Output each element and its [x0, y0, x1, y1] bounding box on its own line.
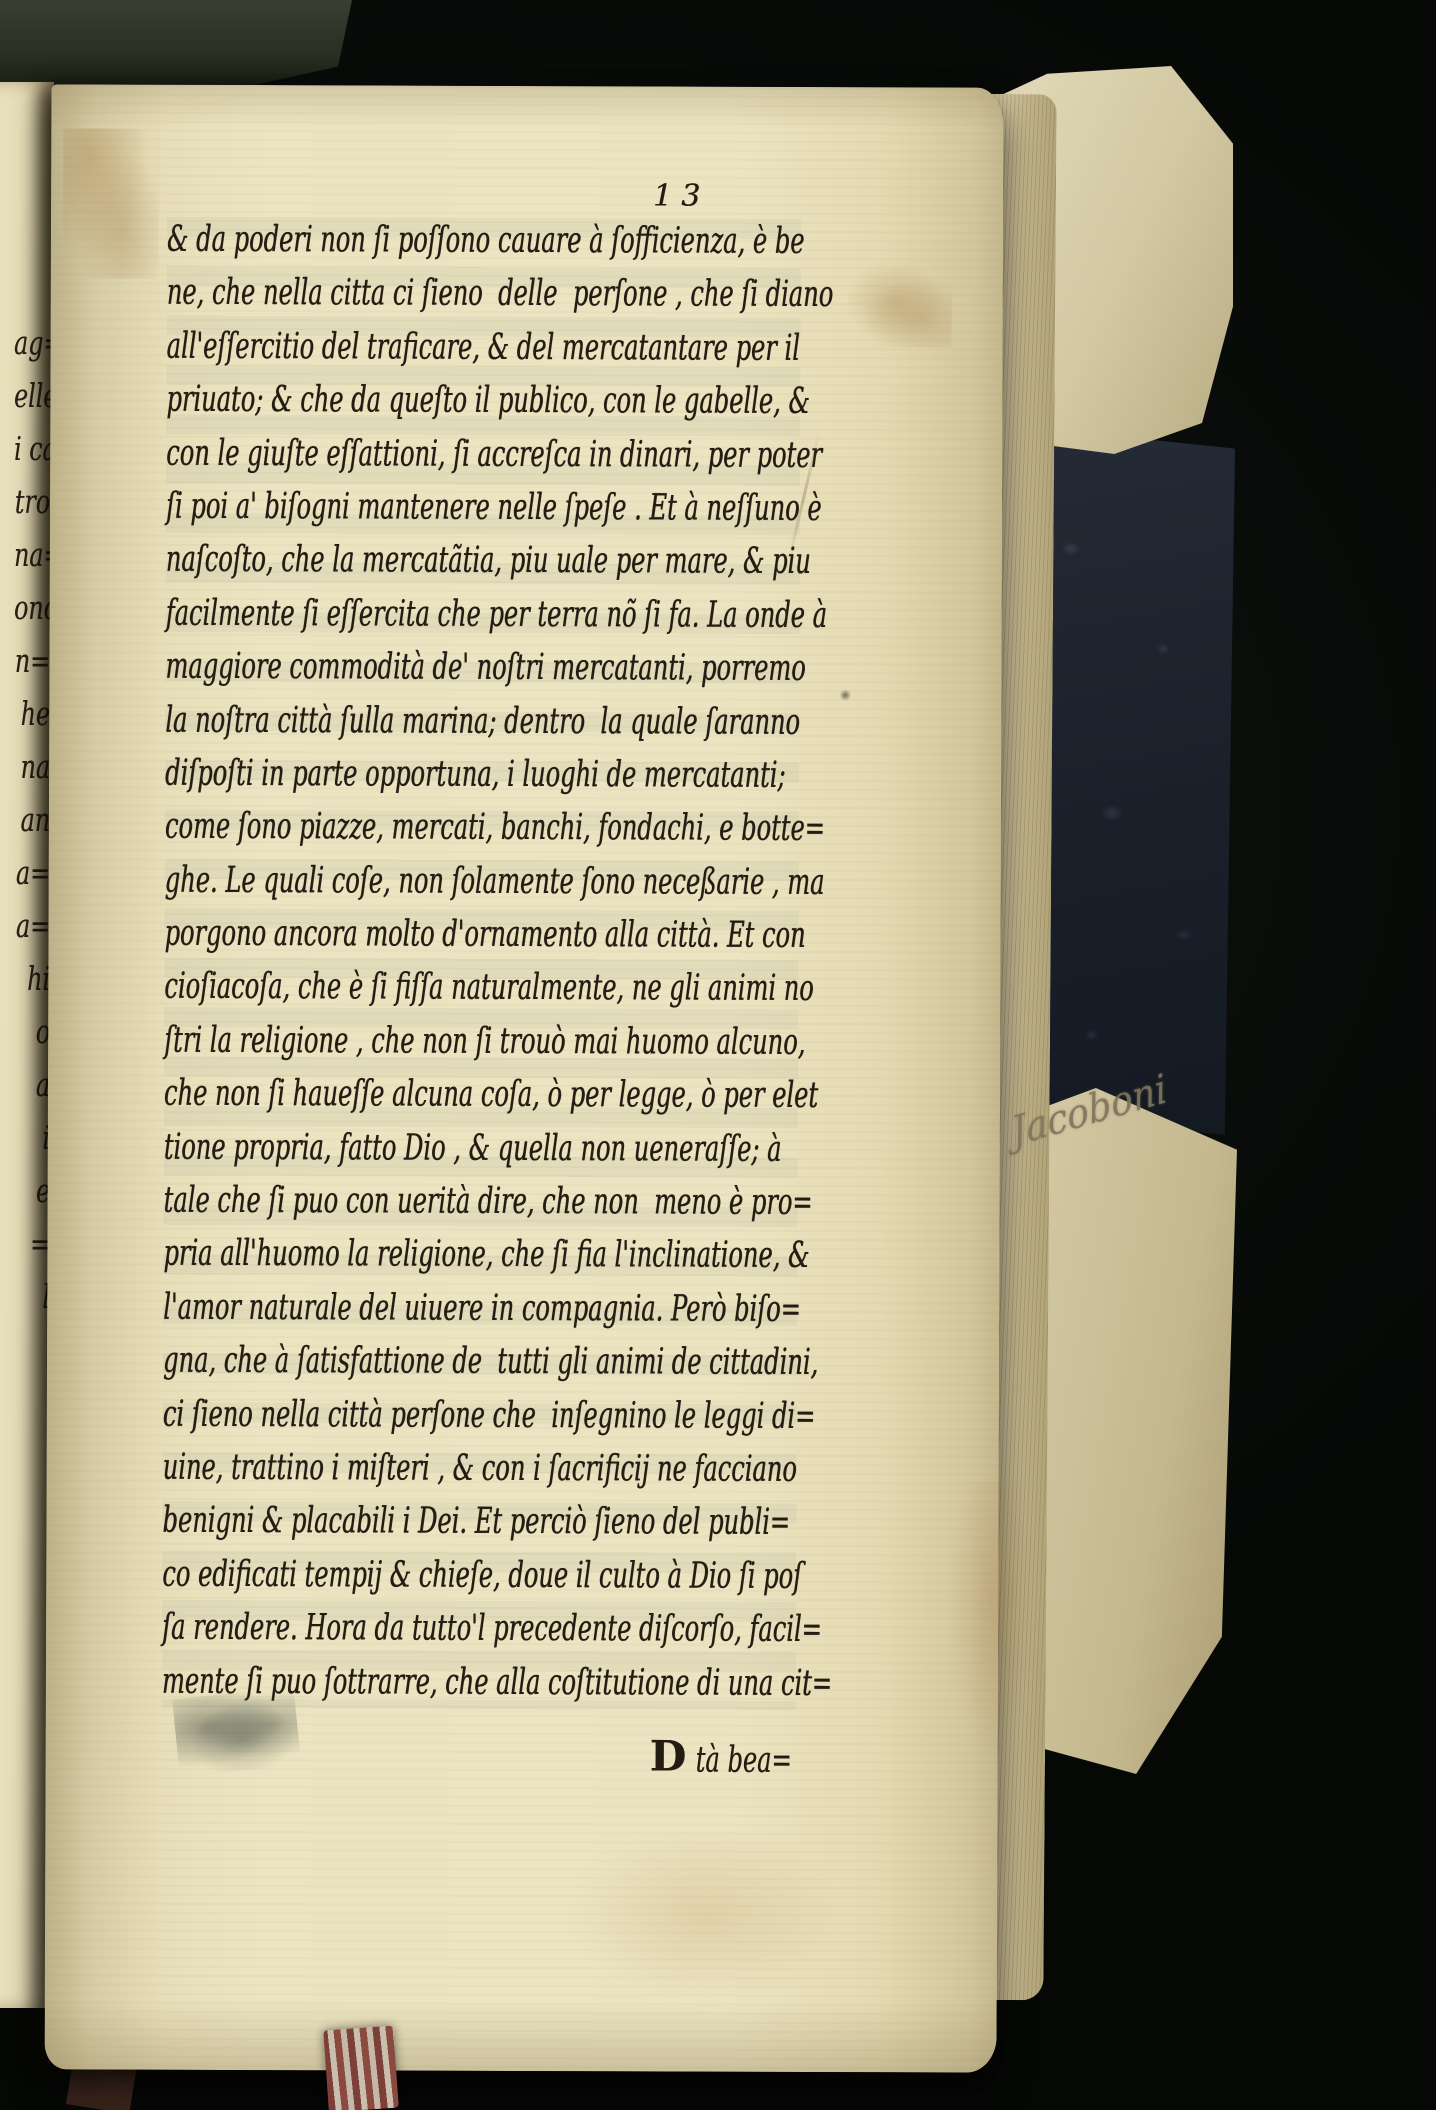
book-page: 13 & da poderi non ſi poſſono cauare à ſ…: [45, 84, 1004, 2072]
text-line: porgono ancora molto d'ornamento alla ci…: [164, 907, 589, 962]
text-line: ci ſieno nella città perſone che inſegni…: [163, 1387, 588, 1442]
facing-page-text-fragment: ono: [14, 581, 50, 634]
facing-page-text-fragment: elle: [14, 369, 50, 422]
facing-page-text-fragment: l: [14, 1270, 50, 1323]
foxing-stain: [63, 128, 160, 278]
foxing-stain: [848, 263, 952, 347]
text-line: l'amor naturale del uiuere in compagnia.…: [163, 1281, 588, 1336]
facing-page-text-fragment: a=: [14, 899, 50, 952]
foxing-stain: [557, 1830, 858, 2016]
catchword: tà bea=: [696, 1737, 792, 1785]
text-line: ſa rendere. Hora da tutto'l precedente d…: [162, 1601, 587, 1656]
text-line: diſpoſti in parte opportuna, i luoghi de…: [165, 747, 590, 802]
text-line: ſtri la religione , che non ſi trouò mai…: [164, 1014, 589, 1069]
text-line: facilmente ſi eſſercita che per terra nõ…: [166, 586, 591, 641]
text-line: mente ſi puo ſottrarre, che alla coſtitu…: [162, 1654, 587, 1709]
facing-page-text-fragment: i ca: [14, 422, 50, 475]
facing-page-text-fragment: ag=: [14, 316, 50, 369]
text-line: con le giuſte eſſattioni, ſi accreſca in…: [166, 426, 591, 481]
text-line: maggiore commodità de' noſtri mercatanti…: [165, 640, 590, 695]
text-line: gna, che à ſatisfattione de tutti gli an…: [163, 1334, 588, 1389]
text-line: uine, trattino i miſteri , & con i ſacri…: [163, 1441, 588, 1496]
text-line: & da poderi non ſi poſſono cauare à ſoff…: [167, 213, 592, 268]
text-line: tione propria, fatto Dio , & quella non …: [164, 1120, 589, 1175]
facing-page-text-fragment: a: [14, 1058, 50, 1111]
text-line: ne, che nella citta ci ſieno delle perſo…: [167, 266, 592, 321]
text-line: priuato; & che da queſto il publico, con…: [166, 373, 591, 428]
facing-page-text-fragment: na=: [14, 528, 50, 581]
text-line: come ſono piazze, mercati, banchi, fonda…: [165, 800, 590, 855]
facing-page-text-fragment: o: [14, 1005, 50, 1058]
page-number: 13: [653, 178, 709, 213]
text-line: co edificati tempij & chieſe, doue il cu…: [162, 1548, 587, 1603]
facing-page-text-column: ag= elle i ca tro na= ono n= he na an a=…: [0, 316, 50, 1323]
facing-page-text-fragment: hi: [14, 952, 50, 1005]
endband-ribbon: [323, 2026, 399, 2110]
facing-page-text-fragment: na: [14, 740, 50, 793]
page-text-block: & da poderi non ſi poſſono cauare à ſoff…: [162, 213, 801, 1710]
facing-page-text-fragment: he: [14, 687, 50, 740]
text-line: naſcoſto, che la mercatãtia, piu uale pe…: [166, 533, 591, 588]
facing-page-text-fragment: e: [14, 1164, 50, 1217]
facing-page-text-fragment: n=: [14, 634, 50, 687]
facing-page-text-fragment: an: [14, 793, 50, 846]
book-scan: ag= elle i ca tro na= ono n= he na an a=…: [0, 0, 1436, 2110]
text-line: benigni & placabili i Dei. Et perciò ſie…: [162, 1494, 587, 1549]
facing-page-text-fragment: tro: [14, 475, 50, 528]
facing-page-text-fragment: i: [14, 1111, 50, 1164]
text-line: che non ſi haueſſe alcuna coſa, ò per le…: [164, 1067, 589, 1122]
facing-page-text-fragment: =: [14, 1217, 50, 1270]
text-line: pria all'huomo la religione, che ſi fia …: [163, 1227, 588, 1282]
text-line: cioſiacoſa, che è ſi fiſſa naturalmente,…: [164, 960, 589, 1015]
text-line: la noſtra città ſulla marina; dentro la …: [165, 693, 590, 748]
text-line: ghe. Le quali coſe, non ſolamente ſono n…: [165, 853, 590, 908]
text-line: ſi poi a' biſogni mantenere nelle ſpeſe …: [166, 480, 591, 535]
marbled-cover-edge: [1030, 420, 1235, 1135]
gathering-signature: D: [650, 1732, 687, 1780]
text-line: tale che ſi puo con uerità dire, che non…: [163, 1174, 588, 1229]
facing-page-text-fragment: a=: [14, 846, 50, 899]
text-line: all'eſſercitio del traficare, & del merc…: [166, 320, 591, 375]
ink-spot: [839, 689, 851, 701]
